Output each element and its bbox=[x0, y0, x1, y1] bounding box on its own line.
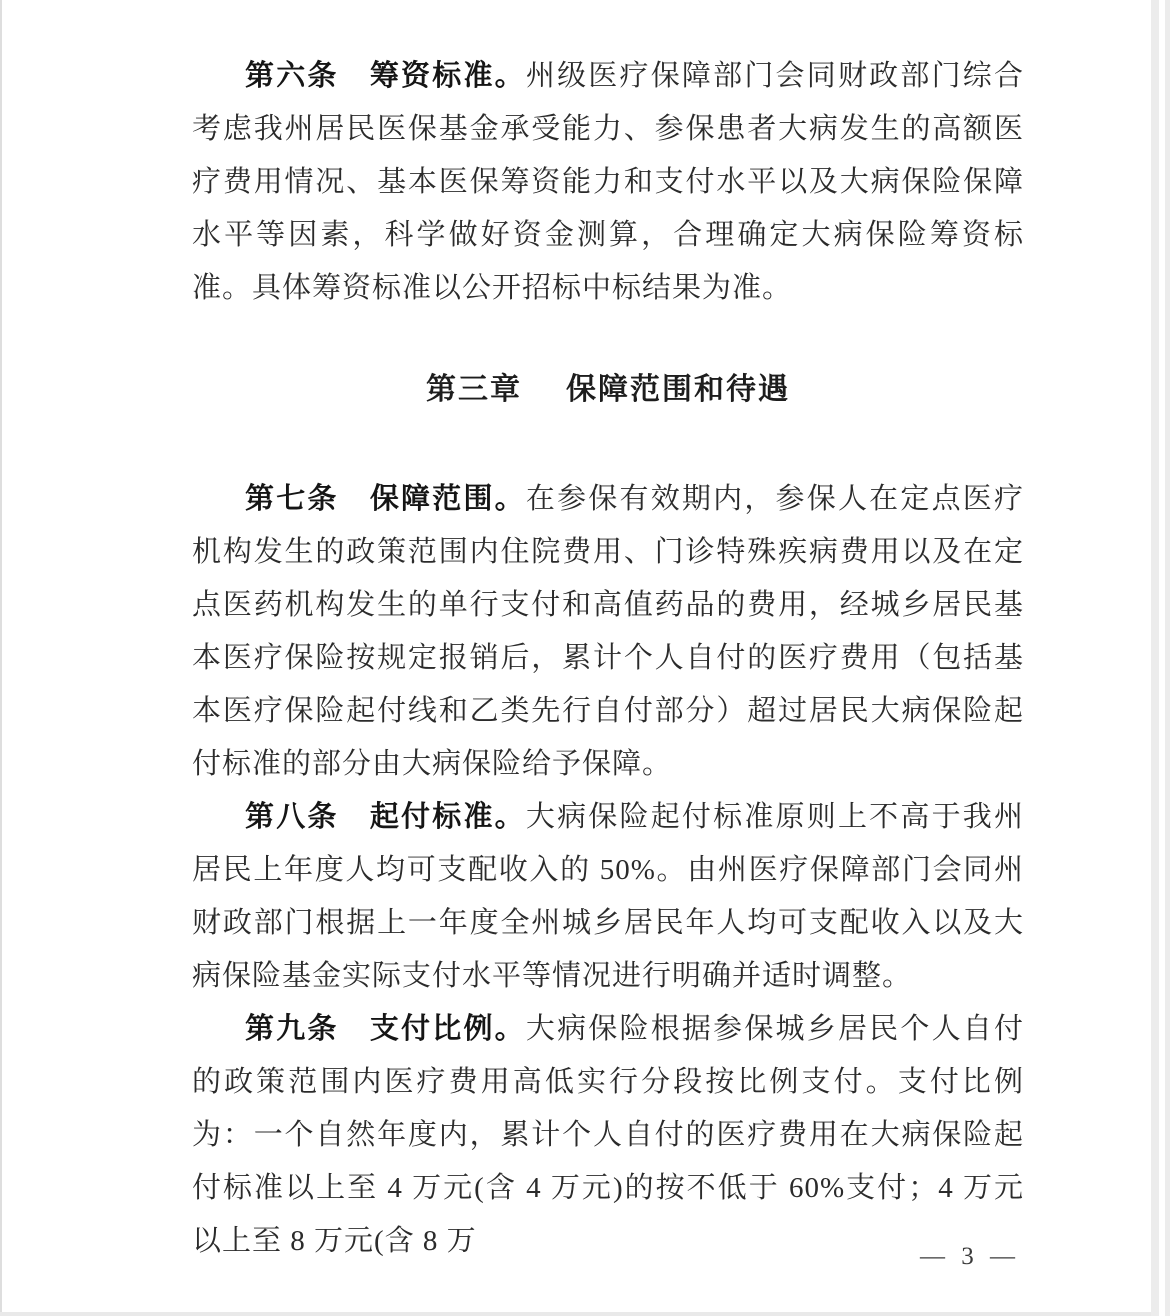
chapter-title: 保障范围和待遇 bbox=[566, 373, 790, 406]
scan-edge-right bbox=[1165, 0, 1170, 1316]
article-8-paragraph: 第八条 起付标准。大病保险起付标准原则上不高于我州居民上年度人均可支配收入的 5… bbox=[192, 791, 1024, 1003]
document-content: 第六条 筹资标准。州级医疗保障部门会同财政部门综合考虑我州居民医保基金承受能力、… bbox=[192, 0, 1024, 1268]
document-page: 第六条 筹资标准。州级医疗保障部门会同财政部门综合考虑我州居民医保基金承受能力、… bbox=[0, 0, 1170, 1316]
article-9-lead: 第九条 支付比例。 bbox=[245, 1013, 526, 1045]
article-7-body: 在参保有效期内，参保人在定点医疗机构发生的政策范围内住院费用、门诊特殊疾病费用以… bbox=[192, 483, 1024, 780]
page-number: — 3 — bbox=[920, 1243, 1020, 1271]
article-9-paragraph: 第九条 支付比例。大病保险根据参保城乡居民个人自付的政策范围内医疗费用高低实行分… bbox=[192, 1003, 1024, 1268]
chapter-number: 第三章 bbox=[426, 373, 522, 406]
scan-edge-bottom bbox=[0, 1312, 1170, 1316]
article-6-paragraph: 第六条 筹资标准。州级医疗保障部门会同财政部门综合考虑我州居民医保基金承受能力、… bbox=[192, 50, 1024, 315]
scan-edge-left bbox=[0, 0, 2, 1316]
article-8-lead: 第八条 起付标准。 bbox=[245, 801, 526, 833]
page-gutter-right bbox=[1151, 0, 1159, 1316]
chapter-heading: 第三章保障范围和待遇 bbox=[192, 363, 1024, 416]
article-9-body: 大病保险根据参保城乡居民个人自付的政策范围内医疗费用高低实行分段按比例支付。支付… bbox=[192, 1013, 1024, 1257]
article-6-lead: 第六条 筹资标准。 bbox=[245, 60, 526, 92]
article-6-body: 州级医疗保障部门会同财政部门综合考虑我州居民医保基金承受能力、参保患者大病发生的… bbox=[192, 60, 1024, 304]
article-7-lead: 第七条 保障范围。 bbox=[245, 483, 526, 515]
article-7-paragraph: 第七条 保障范围。在参保有效期内，参保人在定点医疗机构发生的政策范围内住院费用、… bbox=[192, 473, 1024, 791]
